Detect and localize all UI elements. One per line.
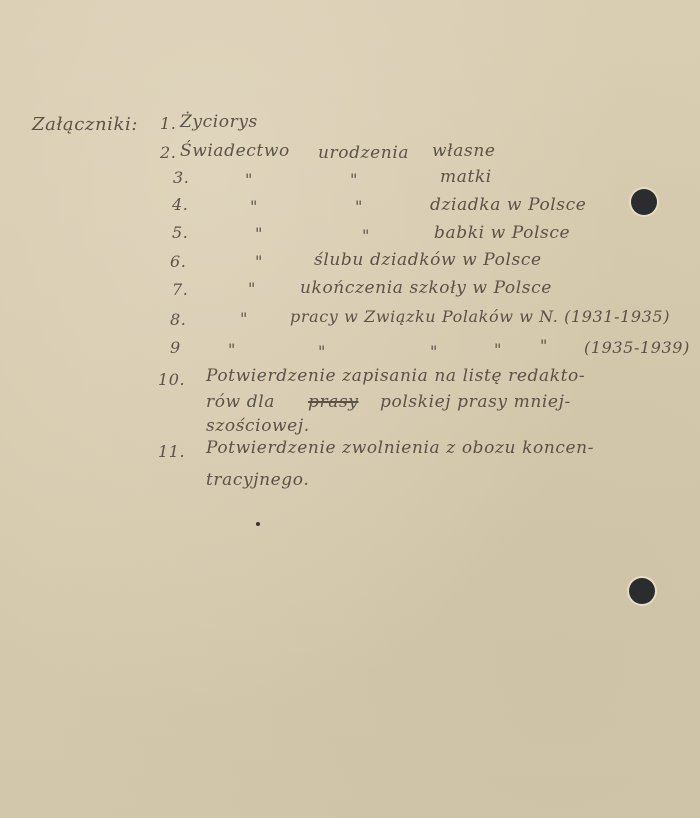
item-5-text: babki w Polsce (434, 223, 570, 243)
item-4-text: dziadka w Polsce (430, 195, 586, 215)
item-11-line-2: tracyjnego. (206, 470, 309, 490)
item-6-text: ślubu dziadków w Polsce (314, 250, 542, 270)
item-8-ditto: " (240, 309, 248, 328)
item-10-line-2a: rów dla (206, 392, 275, 412)
item-9-ditto: " (318, 342, 326, 361)
item-7-ditto: " (248, 279, 256, 298)
item-2-number: 2. (160, 143, 176, 162)
item-9-number: 9 (170, 338, 181, 357)
item-10-number: 10. (158, 370, 185, 389)
item-7-number: 7. (172, 280, 188, 299)
item-7-text: ukończenia szkoły w Polsce (300, 278, 552, 298)
item-6-ditto: " (255, 252, 263, 271)
item-4-number: 4. (172, 195, 188, 214)
item-11-number: 11. (158, 442, 185, 461)
punch-hole-bottom (629, 578, 655, 604)
item-4-ditto: " (250, 197, 258, 216)
item-3-text: matki (440, 167, 492, 187)
item-2-text: własne (432, 141, 496, 161)
item-8-number: 8. (170, 310, 186, 329)
heading-zalaczniki: Załączniki: (32, 114, 138, 135)
item-1-number: 1. (160, 114, 176, 133)
item-1-text: Życiorys (180, 112, 258, 132)
item-9-ditto: " (494, 340, 502, 359)
item-8-text: pracy w Związku Polaków w N. (1931-1935) (290, 307, 670, 326)
ink-speck (256, 522, 260, 526)
item-3-ditto: " (350, 170, 358, 189)
item-6-number: 6. (170, 252, 186, 271)
item-9-ditto: " (228, 340, 236, 359)
punch-hole-top (631, 189, 657, 215)
item-10-line-1: Potwierdzenie zapisania na listę redakto… (206, 366, 585, 386)
item-9-ditto: " (540, 336, 548, 355)
item-9-text: (1935-1939) (584, 338, 690, 357)
item-5-number: 5. (172, 223, 188, 242)
item-4-ditto: " (355, 197, 363, 216)
item-9-ditto: " (430, 342, 438, 361)
item-5-ditto: " (255, 224, 263, 243)
item-10-struck-word: prasy (308, 392, 358, 412)
item-3-ditto: " (245, 170, 253, 189)
item-10-line-3: szościowej. (206, 416, 310, 436)
item-2-middle: urodzenia (318, 143, 409, 163)
item-2-prefix: Świadectwo (180, 141, 290, 161)
item-3-number: 3. (173, 168, 189, 187)
document-page: Załączniki: 1. Życiorys 2. Świadectwo ur… (0, 0, 700, 818)
item-5-ditto: " (362, 226, 370, 245)
item-11-line-1: Potwierdzenie zwolnienia z obozu koncen- (206, 438, 594, 458)
item-10-line-2b: polskiej prasy mniej- (380, 392, 571, 412)
